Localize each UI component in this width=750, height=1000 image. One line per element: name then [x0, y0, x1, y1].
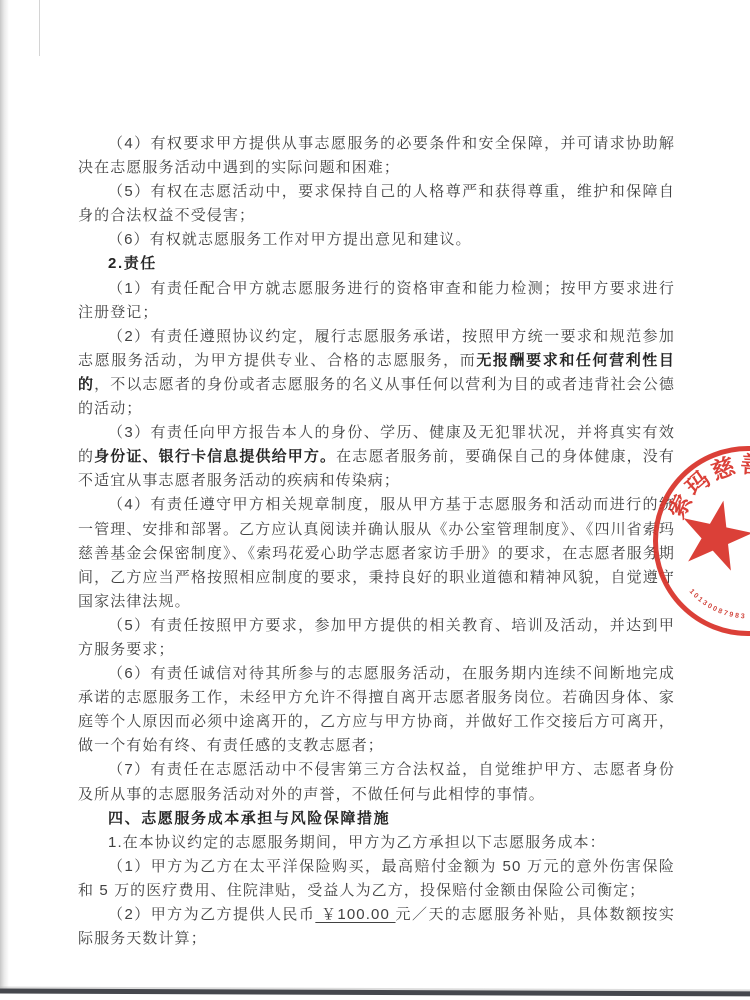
scan-edge-bottom [0, 989, 750, 997]
text-run: ，不以志愿者的身份或者志愿服务的名义从事任何以营利为目的或者违背社会公德的活动； [78, 376, 675, 417]
paragraph: （4）有责任遵守甲方相关规章制度，服从甲方基于志愿服务和活动而进行的统一管理、安… [78, 493, 675, 613]
paragraph: （2）甲方为乙方提供人民币 ￥100.00 元／天的志愿服务补贴，具体数额按实际… [78, 903, 675, 951]
paragraph: （2）有责任遵照协议约定，履行志愿服务承诺，按照甲方统一要求和规范参加志愿服务活… [78, 325, 675, 421]
text-run: （1）有责任配合甲方就志愿服务进行的资格审查和能力检测；按甲方要求进行注册登记； [78, 280, 675, 321]
paragraph: 1.在本协议约定的志愿服务期间，甲方为乙方承担以下志愿服务成本： [78, 831, 675, 855]
text-run: （6）有责任诚信对待其所参与的志愿服务活动，在服务期内连续不间断地完成承诺的志愿… [78, 665, 675, 754]
scan-edge-left [0, 0, 9, 992]
paragraph: （6）有责任诚信对待其所参与的志愿服务活动，在服务期内连续不间断地完成承诺的志愿… [78, 662, 675, 758]
paragraph: （7）有责任在志愿活动中不侵害第三方合法权益，自觉维护甲方、志愿者身份及所从事的… [78, 758, 675, 806]
text-run: （6）有权就志愿服务工作对甲方提出意见和建议。 [108, 231, 472, 248]
section-heading: 2.责任 [78, 252, 675, 276]
scan-artifact-line [39, 0, 40, 56]
text-run: 1.在本协议约定的志愿服务期间，甲方为乙方承担以下志愿服务成本： [108, 834, 606, 851]
text-run: （5）有责任按照甲方要求，参加甲方提供的相关教育、培训及活动，并达到甲方服务要求… [78, 617, 675, 658]
paragraph: （1）甲方为乙方在太平洋保险购买，最高赔付金额为 50 万元的意外伤害保险和 5… [78, 855, 675, 903]
paragraph: （3）有责任向甲方报告本人的身份、学历、健康及无犯罪状况，并将真实有效的身份证、… [78, 421, 675, 493]
text-run: 2.责任 [108, 255, 157, 272]
section-heading: 四、志愿服务成本承担与风险保障措施 [78, 807, 675, 831]
document-body: （4）有权要求甲方提供从事志愿服务的必要条件和安全保障，并可请求协助解决在志愿服… [78, 132, 675, 951]
scanned-agreement-page: { "document": { "paragraphs": [ { "runs"… [0, 0, 750, 1000]
organization-seal: ★ 索玛慈善 10130087983 [648, 441, 750, 641]
seal-inner: ★ 索玛慈善 10130087983 [648, 441, 750, 641]
paragraph: （1）有责任配合甲方就志愿服务进行的资格审查和能力检测；按甲方要求进行注册登记； [78, 277, 675, 325]
text-run: （7）有责任在志愿活动中不侵害第三方合法权益，自觉维护甲方、志愿者身份及所从事的… [78, 761, 675, 802]
text-run: （4）有责任遵守甲方相关规章制度，服从甲方基于志愿服务和活动而进行的统一管理、安… [78, 496, 675, 609]
seal-arc-char: 善 [740, 446, 750, 480]
text-run: （2）甲方为乙方提供人民币 [108, 906, 315, 923]
paragraph: （4）有权要求甲方提供从事志愿服务的必要条件和安全保障，并可请求协助解决在志愿服… [78, 132, 675, 180]
filled-amount: ￥100.00 [315, 906, 395, 923]
text-run: 身份证、银行卡信息提供给甲方。 [94, 448, 336, 465]
text-run: （4）有权要求甲方提供从事志愿服务的必要条件和安全保障，并可请求协助解决在志愿服… [78, 135, 675, 176]
text-run: 四、志愿服务成本承担与风险保障措施 [108, 810, 390, 827]
paragraph: （5）有权在志愿活动中，要求保持自己的人格尊严和获得尊重，维护和保障自身的合法权… [78, 180, 675, 228]
text-run: （5）有权在志愿活动中，要求保持自己的人格尊严和获得尊重，维护和保障自身的合法权… [78, 183, 675, 224]
paragraph: （6）有权就志愿服务工作对甲方提出意见和建议。 [78, 228, 675, 252]
paragraph: （5）有责任按照甲方要求，参加甲方提供的相关教育、培训及活动，并达到甲方服务要求… [78, 614, 675, 662]
text-run: （1）甲方为乙方在太平洋保险购买，最高赔付金额为 50 万元的意外伤害保险和 5… [78, 858, 675, 899]
seal-serial-digit: 3 [741, 613, 745, 620]
